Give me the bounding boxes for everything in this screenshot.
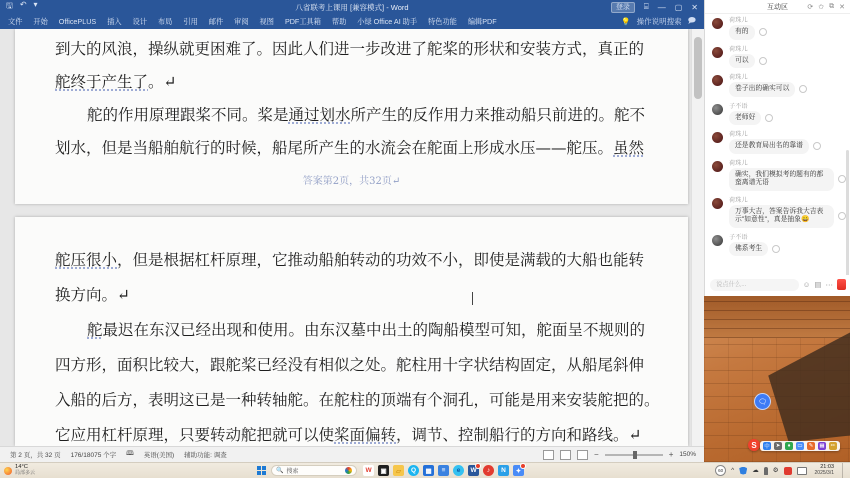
chat-bubble: 佛系考生 <box>729 242 768 257</box>
floating-toolbar: 中➤♦▭✎▦✏ <box>760 441 840 451</box>
undo-icon[interactable]: ↶ <box>20 0 27 14</box>
chat-bubble: 可以 <box>729 54 755 69</box>
report-icon[interactable] <box>813 142 821 150</box>
folder-icon[interactable]: ▱ <box>393 465 404 476</box>
menu-tab-3[interactable]: 插入 <box>107 17 121 27</box>
popout-icon[interactable]: ⧉ <box>829 3 834 11</box>
print-layout-button[interactable] <box>560 450 571 460</box>
document-line: 到大的风浪，操纵就更困难了。因此人们进一步改进了舵桨的形状和安装方式，真正的 <box>15 33 688 66</box>
chat-message: 荷珠儿确实，我们模拟考的题有的都蛮离谱无语 <box>712 160 846 191</box>
more-options-icon[interactable]: ⋯ <box>826 280 834 290</box>
chat-message-list[interactable]: 荷珠儿有的荷珠儿可以荷珠儿卷子出的确实可以子不语老师好荷珠儿还是教育局出名的靠谱… <box>705 14 846 274</box>
menu-tab-8[interactable]: 审阅 <box>234 17 248 27</box>
sunlogin-icon[interactable]: S <box>748 439 760 451</box>
document-line: 它应用杠杆原理，只要转动舵把就可以使桨面偏转，调节、控制船行的方向和路线。↵ <box>15 418 688 446</box>
chat-bubble-row: 确实，我们模拟考的题有的都蛮离谱无语 <box>729 168 846 191</box>
page-indicator[interactable]: 第 2 页，共 32 页 <box>10 450 61 459</box>
chat-bubble-row: 佛系考生 <box>729 242 846 257</box>
window-icon[interactable]: ▭ <box>796 442 804 450</box>
minimize-button[interactable]: — <box>658 3 666 12</box>
chat-message: 子不语老师好 <box>712 103 846 126</box>
menu-tab-11[interactable]: 帮助 <box>332 17 346 27</box>
weather-desc: 局部多云 <box>15 471 35 477</box>
chat-username: 子不语 <box>729 234 846 242</box>
close-button[interactable]: ✕ <box>691 3 698 12</box>
document-line: 舵的作用原理跟桨不同。桨是通过划水所产生的反作用力来推动船只前进的。舵不 <box>15 99 688 132</box>
document-text: 换方向。↵ <box>55 286 130 304</box>
report-icon[interactable] <box>759 57 767 65</box>
chat-bubble: 万事大吉，答案告诉我大吉表示"如意性"，真是抽象😄 <box>729 205 834 228</box>
menu-tab-13[interactable]: 特色功能 <box>428 17 457 27</box>
document-line: 舵最迟在东汉已经出现和使用。由东汉墓中出土的陶船模型可知，舵面呈不规则的 <box>15 313 688 348</box>
show-desktop-button[interactable] <box>842 463 846 478</box>
document-text: 它应用杠杆原理，只要转动舵把就可以使 <box>55 426 334 444</box>
wps-icon[interactable]: W <box>363 465 374 476</box>
save-icon[interactable]: 🖫 <box>6 0 13 14</box>
chat-input-field[interactable]: 说点什么... <box>710 279 799 291</box>
proofing-underline-text: 舵终于产生了 <box>55 73 148 91</box>
menu-tab-4[interactable]: 设计 <box>133 17 147 27</box>
language-indicator[interactable]: 英语(美国) <box>144 450 174 459</box>
chat-username: 荷珠儿 <box>729 131 846 139</box>
tell-me-search[interactable]: 操作说明搜索 <box>637 16 682 27</box>
chat-username: 荷珠儿 <box>729 197 846 205</box>
proofing-icon[interactable]: 🕮 <box>126 449 134 460</box>
zoom-slider[interactable] <box>605 454 663 456</box>
menu-tab-12[interactable]: 小绿 Office AI 助手 <box>357 17 417 27</box>
chat-input-bar: 说点什么... ☺ ▤ ⋯ <box>705 275 850 294</box>
ime-icon[interactable]: 中 <box>763 442 771 450</box>
text-cursor <box>472 292 473 305</box>
document-page-2[interactable]: 舵压很小，但是根据杠杆原理，它推动船舶转动的功效不小，即使是满载的大船也能转换方… <box>15 217 688 446</box>
document-line: 舵终于产生了。↵ <box>15 66 688 99</box>
screen: 🖫 ↶ ▾ 八省联考上课用 [兼容模式] - Word 登录 ⌸ — ▢ ✕ 文… <box>0 0 850 478</box>
accessibility-status[interactable]: 辅助功能: 调查 <box>184 450 227 459</box>
avatar <box>712 235 723 246</box>
avatar <box>712 198 723 209</box>
search-highlight-icon <box>345 467 352 474</box>
chat-header: 互动区 ⟳ ✩ ⧉ ✕ <box>705 0 850 14</box>
menu-tab-9[interactable]: 视图 <box>260 17 274 27</box>
avatar <box>712 161 723 172</box>
maximize-button[interactable]: ▢ <box>675 3 683 12</box>
menu-tab-1[interactable]: 开始 <box>33 17 47 27</box>
report-icon[interactable] <box>838 212 846 220</box>
pin-icon[interactable]: ✩ <box>818 3 824 11</box>
avatar <box>712 104 723 115</box>
report-icon[interactable] <box>799 85 807 93</box>
status-right: − + 150% <box>543 450 696 460</box>
zoom-out-button[interactable]: − <box>594 450 599 459</box>
document-line: 划水，但是当船舶航行的时候，船尾所产生的水流会在舵面上形成水压——舵压。虽然 <box>15 132 688 165</box>
document-text: 。↵ <box>148 73 177 91</box>
chat-panel: 互动区 ⟳ ✩ ⧉ ✕ 荷珠儿有的荷珠儿可以荷珠儿卷子出的确实可以子不语老师好荷… <box>704 0 850 296</box>
ribbon-display-options-icon[interactable]: ⌸ <box>644 2 649 12</box>
chat-message: 荷珠儿卷子出的确实可以 <box>712 74 846 97</box>
avatar <box>712 75 723 86</box>
word-titlebar: 🖫 ↶ ▾ 八省联考上课用 [兼容模式] - Word 登录 ⌸ — ▢ ✕ <box>0 0 704 14</box>
read-mode-button[interactable] <box>543 450 554 460</box>
system-tray: 60 ^ ☁ ⚙ 21:03 2025/3/1 <box>715 463 846 478</box>
zoom-slider-knob[interactable] <box>633 451 637 459</box>
chat-message: 荷珠儿万事大吉，答案告诉我大吉表示"如意性"，真是抽象😄 <box>712 197 846 228</box>
zoom-in-button[interactable]: + <box>669 450 674 459</box>
pen-icon[interactable]: ✏ <box>829 442 837 450</box>
report-icon[interactable] <box>772 245 780 253</box>
chat-bubble-row: 还是教育局出名的靠谱 <box>729 139 846 154</box>
document-line: 换方向。↵ <box>15 278 688 313</box>
document-area: 到大的风浪，操纵就更困难了。因此人们进一步改进了舵桨的形状和安装方式，真正的舵终… <box>0 29 704 446</box>
close-panel-icon[interactable]: ✕ <box>839 3 845 11</box>
menu-tab-10[interactable]: PDF工具箱 <box>285 17 321 27</box>
avatar <box>712 18 723 29</box>
zoom-level[interactable]: 150% <box>679 451 696 458</box>
word-count[interactable]: 176/18075 个字 <box>71 450 117 459</box>
gift-icon[interactable] <box>837 279 846 290</box>
photos-app-icon[interactable]: ▦ <box>423 465 434 476</box>
chat-bubble-row: 老师好 <box>729 111 846 126</box>
document-text: 划水，但是当船舶航行的时候，船尾所产生的水流会在舵面上形成水压——舵压。 <box>55 139 613 157</box>
wallpaper-wall-face <box>704 296 850 338</box>
menu-bar: 文件开始OfficePLUS插入设计布局引用邮件审阅视图PDF工具箱帮助小绿 O… <box>0 14 704 29</box>
weather-icon <box>4 467 12 475</box>
report-icon[interactable] <box>838 175 846 183</box>
titlebar-controls: 登录 ⌸ — ▢ ✕ <box>611 2 698 13</box>
avatar <box>712 132 723 143</box>
chat-username: 荷珠儿 <box>729 160 846 168</box>
security-shield-icon[interactable] <box>739 467 747 475</box>
desktop-wallpaper: 🗨 S 中➤♦▭✎▦✏ <box>704 296 850 462</box>
chat-scrollbar-thumb[interactable] <box>846 150 849 280</box>
apps-grid-icon[interactable]: ▦ <box>818 442 826 450</box>
brush-icon[interactable]: ✎ <box>807 442 815 450</box>
cloud-icon[interactable]: ☁ <box>752 466 759 476</box>
menu-tab-2[interactable]: OfficePLUS <box>59 17 96 26</box>
proofing-underline-text: 舵 <box>87 321 103 339</box>
taskbar-apps: W▣▱Q▦≡eW♪N✦ <box>363 465 524 476</box>
menu-right: 💡 操作说明搜索 🗩 <box>621 15 696 28</box>
chat-bubble: 有的 <box>729 25 755 40</box>
files-app-icon[interactable]: ▣ <box>378 465 389 476</box>
emoji-icon[interactable]: ☺ <box>803 280 811 290</box>
chat-header-icons: ⟳ ✩ ⧉ ✕ <box>807 3 845 11</box>
class-app-icon[interactable]: ✦ <box>513 465 524 476</box>
report-icon[interactable] <box>765 114 773 122</box>
music-app-icon[interactable]: ♪ <box>483 465 494 476</box>
menu-tab-7[interactable]: 邮件 <box>209 17 223 27</box>
settings-gear-icon[interactable]: ⚙ <box>773 466 779 476</box>
chat-username: 荷珠儿 <box>729 46 846 54</box>
battery-60-icon[interactable]: 60 <box>715 465 726 476</box>
docs-app-icon[interactable]: ≡ <box>438 465 449 476</box>
chat-bubble-row: 有的 <box>729 25 846 40</box>
taskbar: 14°C 局部多云 🔍 搜索 W▣▱Q▦≡eW♪N✦ 60 ^ ☁ ⚙ 21:0… <box>0 462 850 478</box>
document-text: 四方形，面积比较大，跟舵桨已经没有相似之处。舵柱用十字状结构固定，从船尾斜伸 <box>55 356 644 374</box>
qq-icon[interactable]: Q <box>408 465 419 476</box>
chat-username: 子不语 <box>729 103 846 111</box>
taskbar-search[interactable]: 🔍 搜索 <box>271 465 357 476</box>
proofing-underline-text: 舵压很小 <box>55 251 117 269</box>
refresh-icon[interactable]: ⟳ <box>807 3 813 11</box>
chat-message: 荷珠儿可以 <box>712 46 846 69</box>
document-line: 四方形，面积比较大，跟舵桨已经没有相似之处。舵柱用十字状结构固定，从船尾斜伸 <box>15 348 688 383</box>
word-icon[interactable]: W <box>468 465 479 476</box>
report-icon[interactable] <box>759 28 767 36</box>
menu-tab-14[interactable]: 编辑PDF <box>468 17 497 27</box>
document-text: ，但是根据杠杆原理，它推动船舶转动的功效不小，即使是满载的大船也能转 <box>117 251 644 269</box>
cursor-icon[interactable]: ➤ <box>774 442 782 450</box>
menu-tab-6[interactable]: 引用 <box>183 17 197 27</box>
chat-bubble: 还是教育局出名的靠谱 <box>729 139 809 154</box>
start-button[interactable] <box>257 466 266 475</box>
menu-tab-5[interactable]: 布局 <box>158 17 172 27</box>
tray-chevron-up-icon[interactable]: ^ <box>731 466 734 476</box>
proofing-underline-text: 虽然 <box>613 139 644 157</box>
document-page-1[interactable]: 到大的风浪，操纵就更困难了。因此人们进一步改进了舵桨的形状和安装方式，真正的舵终… <box>15 29 688 204</box>
chat-bubble-row: 万事大吉，答案告诉我大吉表示"如意性"，真是抽象😄 <box>729 205 846 228</box>
tell-me-bulb-icon: 💡 <box>621 17 630 26</box>
taskbar-clock[interactable]: 21:03 2025/3/1 <box>815 465 834 476</box>
clock-date: 2025/3/1 <box>815 471 834 477</box>
search-placeholder: 搜索 <box>287 466 299 475</box>
avatar <box>712 47 723 58</box>
proofing-underline-text: 桨面偏转 <box>334 426 396 444</box>
document-line: 舵压很小，但是根据杠杆原理，它推动船舶转动的功效不小，即使是满载的大船也能转 <box>15 243 688 278</box>
document-text: 最迟在东汉已经出现和使用。由东汉墓中出土的陶船模型可知，舵面呈不规则的 <box>103 321 646 339</box>
chat-username: 荷珠儿 <box>729 17 846 25</box>
chat-bubble: 老师好 <box>729 111 761 126</box>
document-line: 入船的后方，表明这已是一种转轴舵。在舵柱的顶端有个洞孔，可能是用来安装舵把的。 <box>15 383 688 418</box>
mic-icon[interactable] <box>764 467 768 475</box>
document-text: 到大的风浪，操纵就更困难了。因此人们进一步改进了舵桨的形状和安装方式，真正的 <box>55 40 644 58</box>
document-text: 入船的后方，表明这已是一种转轴舵。在舵柱的顶端有个洞孔，可能是用来安装舵把的。 <box>55 391 660 409</box>
quick-access-dropdown-icon[interactable]: ▾ <box>34 0 38 14</box>
chat-message: 荷珠儿还是教育局出名的靠谱 <box>712 131 846 154</box>
word-status-bar: 第 2 页，共 32 页 176/18075 个字 🕮 英语(美国) 辅助功能:… <box>0 446 704 462</box>
document-text: 答案第2页，共32页↵ <box>303 176 400 187</box>
display-icon[interactable] <box>797 467 807 475</box>
document-text: ，调节、控制船行的方向和路线。↵ <box>396 426 642 444</box>
comments-icon[interactable]: 🗩 <box>688 15 696 28</box>
recording-app-icon[interactable] <box>784 467 792 475</box>
meeting-app-icon[interactable]: N <box>498 465 509 476</box>
mic-icon[interactable]: ♦ <box>785 442 793 450</box>
chat-bubble-row: 可以 <box>729 54 846 69</box>
chat-message: 荷珠儿有的 <box>712 17 846 40</box>
chat-username: 荷珠儿 <box>729 74 846 82</box>
chat-bubble: 卷子出的确实可以 <box>729 82 795 97</box>
menu-tab-0[interactable]: 文件 <box>8 17 22 27</box>
notification-badge <box>475 463 481 469</box>
proofing-underline-text: 通过划水 <box>289 106 351 124</box>
weather-text: 14°C 局部多云 <box>15 465 35 476</box>
document-scrollbar[interactable] <box>691 29 704 446</box>
floating-chat-button[interactable]: 🗨 <box>754 393 771 410</box>
document-line: 答案第2页，共32页↵ <box>15 165 688 198</box>
chat-bubble: 确实，我们模拟考的题有的都蛮离谱无语 <box>729 168 834 191</box>
weather-widget[interactable]: 14°C 局部多云 <box>4 465 35 476</box>
document-scrollbar-thumb[interactable] <box>694 37 702 99</box>
chat-message: 子不语佛系考生 <box>712 234 846 257</box>
edge-icon[interactable]: e <box>453 465 464 476</box>
document-text: 所产生的反作用力来推动船只前进的。舵不 <box>351 106 646 124</box>
web-layout-button[interactable] <box>577 450 588 460</box>
login-button[interactable]: 登录 <box>611 2 635 13</box>
image-folder-icon[interactable]: ▤ <box>814 280 821 290</box>
search-icon: 🔍 <box>276 467 283 474</box>
chat-bubble-row: 卷子出的确实可以 <box>729 82 846 97</box>
quick-access-toolbar: 🖫 ↶ ▾ <box>6 0 38 14</box>
document-text: 舵的作用原理跟桨不同。桨是 <box>87 106 289 124</box>
window-title: 八省联考上课用 [兼容模式] - Word <box>0 2 704 13</box>
notification-badge <box>520 463 526 469</box>
